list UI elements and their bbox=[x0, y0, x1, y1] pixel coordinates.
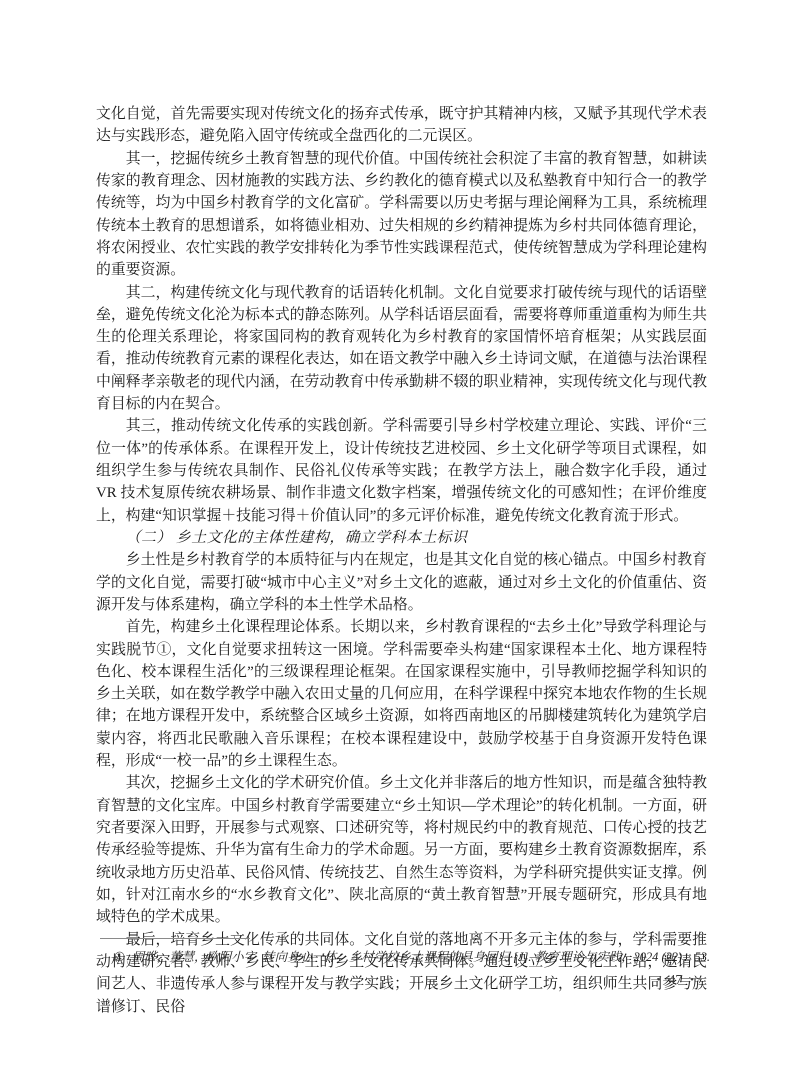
page-number-right-dot: • bbox=[690, 974, 694, 986]
footnote-marker: ① bbox=[114, 950, 125, 964]
footnote: ①周晔，董慧，欧阳小宇. 转向身心一体：乡村学校乡土课程的具身回归 [J]. 教… bbox=[114, 949, 710, 965]
body-paragraph: 首先，构建乡土化课程理论体系。长期以来，乡村教育课程的“去乡土化”导致学科理论与… bbox=[96, 616, 707, 772]
body-paragraph-continuation: 文化自觉，首先需要实现对传统文化的扬弃式传承，既守护其精神内核，又赋予其现代学术… bbox=[96, 103, 707, 148]
body-paragraph: 其二，构建传统文化与现代教育的话语转化机制。文化自觉要求打破传统与现代的话语壁垒… bbox=[96, 282, 707, 416]
body-paragraph: 其一，挖掘传统乡土教育智慧的现代价值。中国传统社会积淀了丰富的教育智慧，如耕读传… bbox=[96, 148, 707, 282]
body-paragraph: 其次，挖掘乡土文化的学术研究价值。乡土文化并非落后的地方性知识，而是蕴含独特教育… bbox=[96, 772, 707, 928]
page-number-left-dot: • bbox=[657, 974, 661, 986]
footnote-text: 周晔，董慧，欧阳小宇. 转向身心一体：乡村学校乡土课程的具身回归 [J]. 教育… bbox=[132, 950, 710, 964]
page-number: •47• bbox=[96, 972, 694, 988]
document-page: 文化自觉，首先需要实现对传统文化的扬弃式传承，既守护其精神内核，又赋予其现代学术… bbox=[0, 0, 800, 1077]
body-text: 文化自觉，首先需要实现对传统文化的扬弃式传承，既守护其精神内核，又赋予其现代学术… bbox=[96, 103, 707, 1018]
page-number-value: 47 bbox=[669, 972, 683, 987]
body-paragraph: 乡土性是乡村教育学的本质特征与内在规定，也是其文化自觉的核心锚点。中国乡村教育学… bbox=[96, 549, 707, 616]
footnote-divider bbox=[100, 938, 250, 939]
body-paragraph: 其三，推动传统文化传承的实践创新。学科需要引导乡村学校建立理论、实践、评价“三位… bbox=[96, 415, 707, 527]
section-heading: （二） 乡土文化的主体性建构，确立学科本土标识 bbox=[96, 527, 707, 549]
